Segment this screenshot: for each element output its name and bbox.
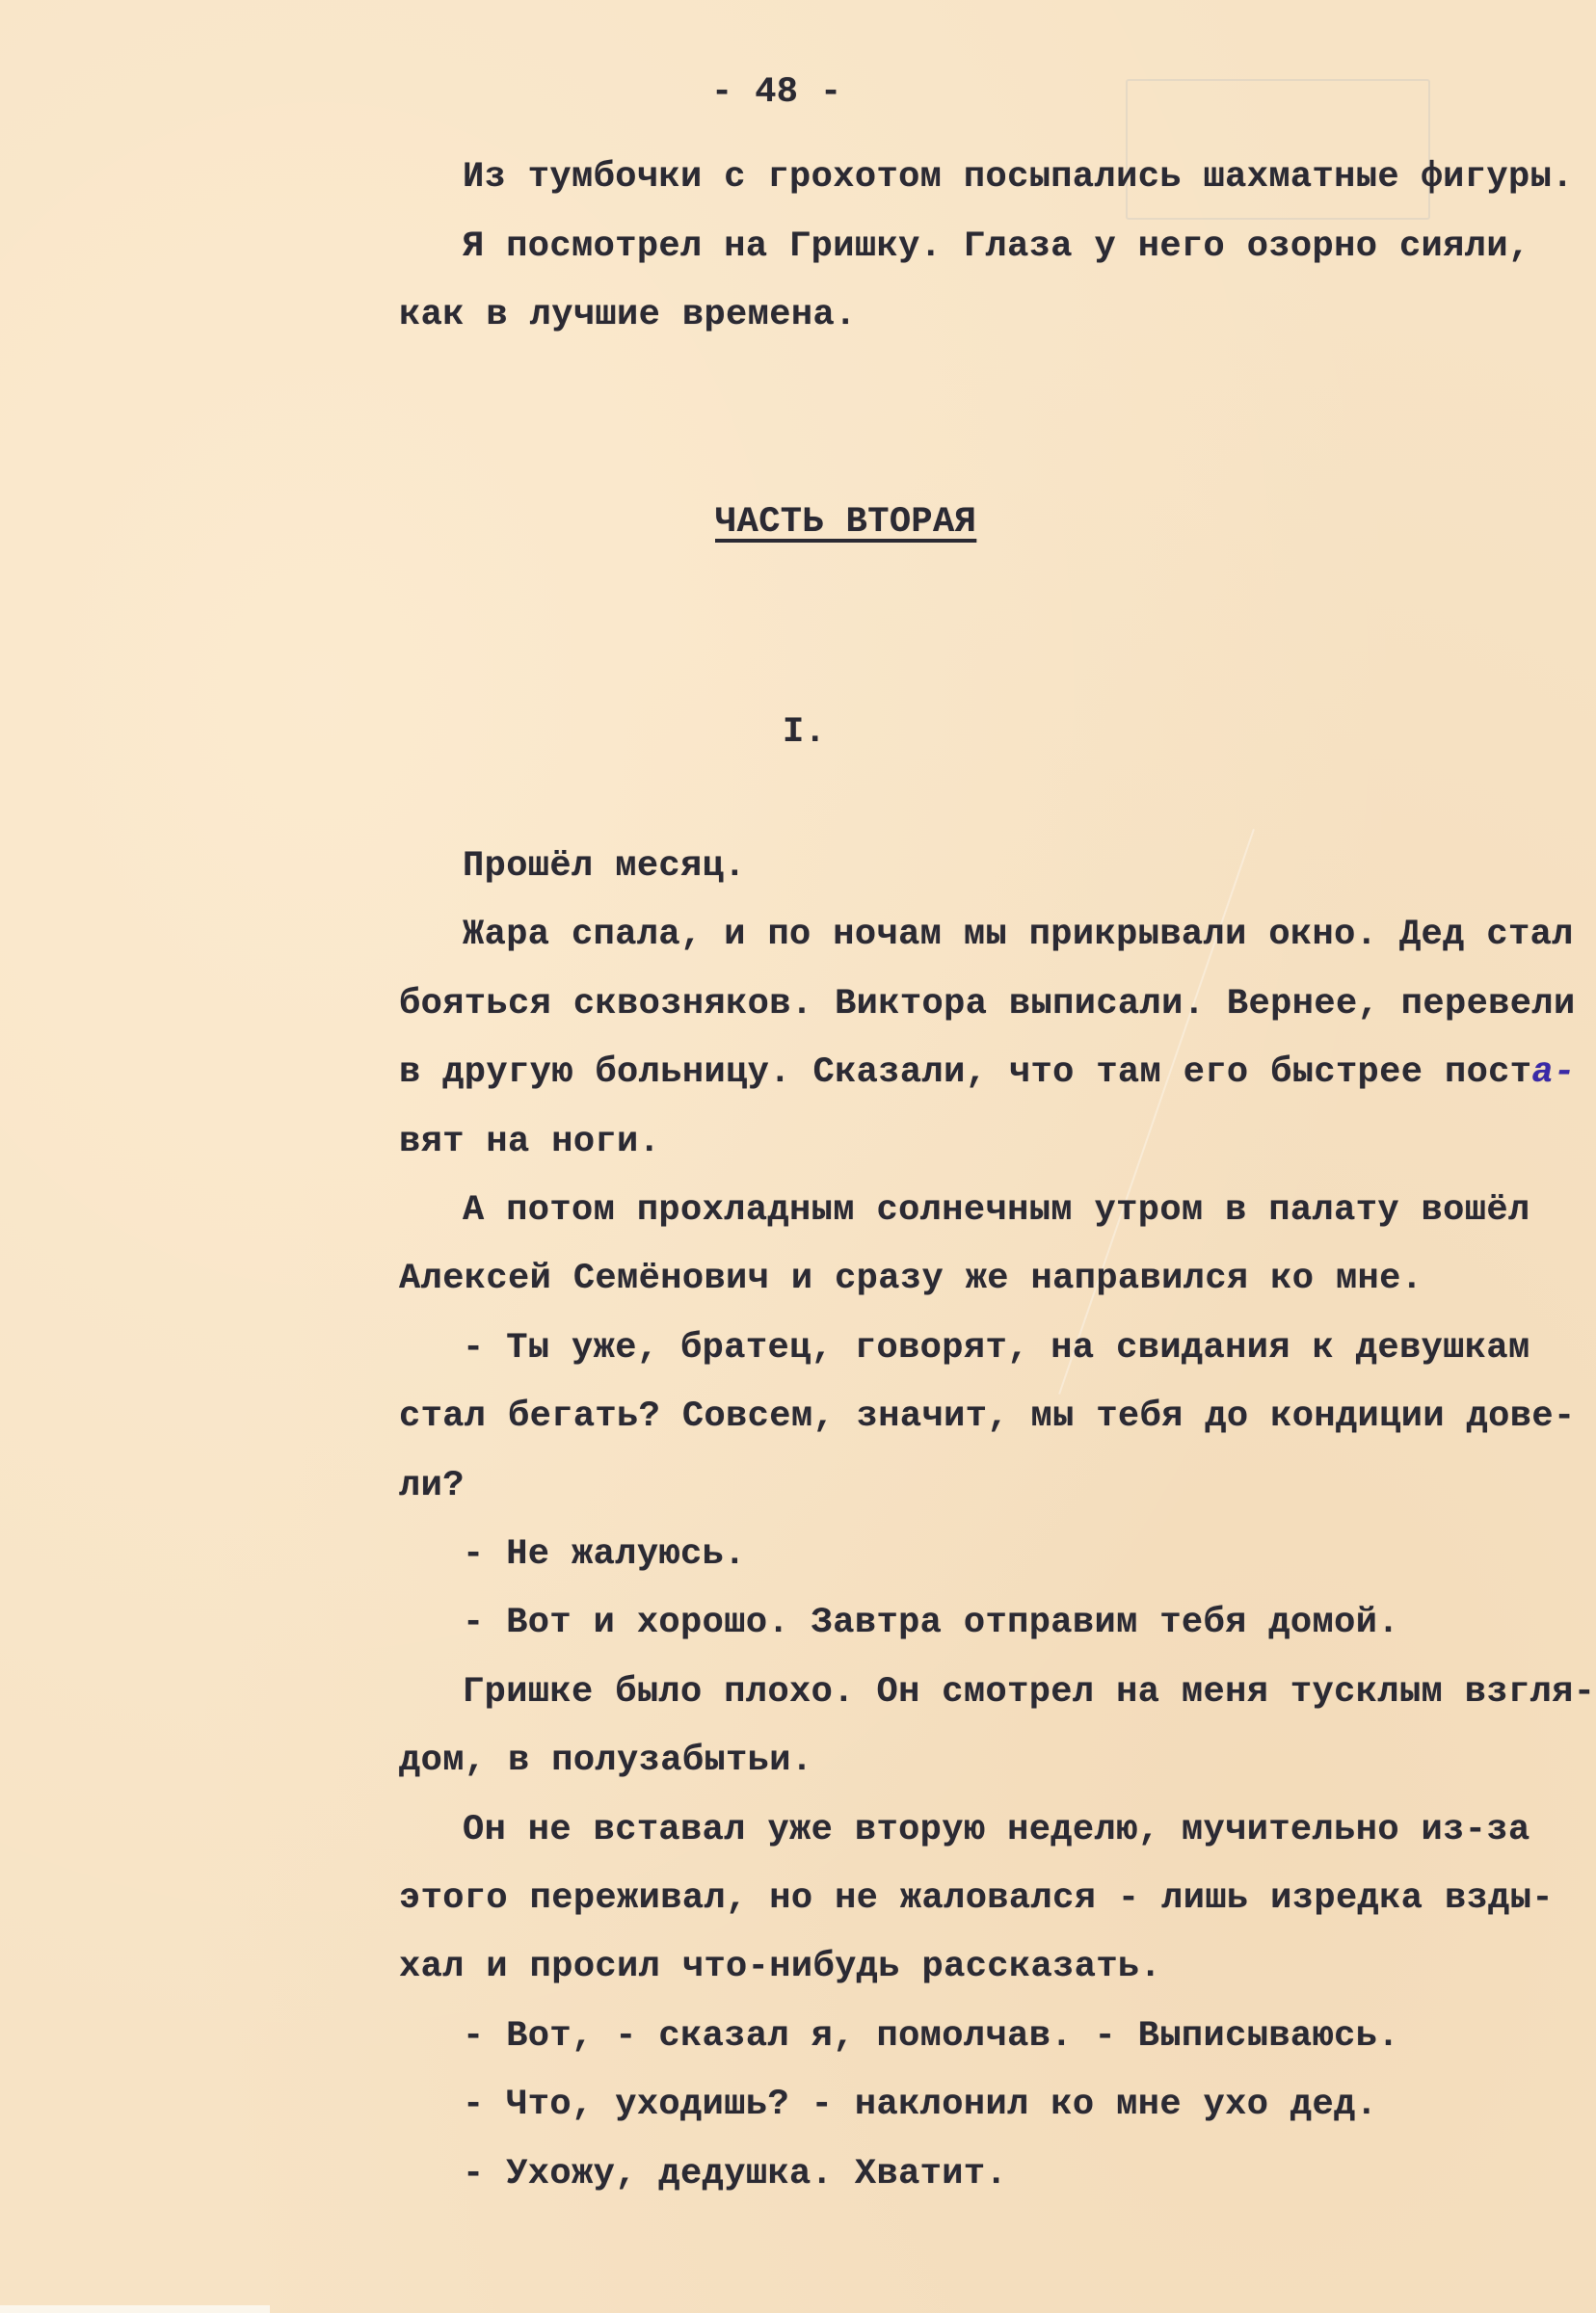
line-text: хал и просил что-нибудь рассказать. bbox=[399, 1947, 1161, 1987]
line-text: Алексей Семёнович и сразу же направился … bbox=[399, 1259, 1423, 1299]
text-line: бояться сквозняков. Виктора выписали. Ве… bbox=[399, 983, 1576, 1025]
text-line: Жара спала, и по ночам мы прикрывали окн… bbox=[463, 914, 1574, 956]
typewritten-page: - 48 - Из тумбочки с грохотом посыпались… bbox=[0, 0, 1596, 2313]
text-line: - Не жалуюсь. bbox=[463, 1533, 746, 1576]
line-text: в другую больницу. Сказали, что там его … bbox=[399, 1052, 1531, 1093]
line-text: ли? bbox=[399, 1466, 465, 1506]
line-text: Он не вставал уже вторую неделю, мучител… bbox=[463, 1810, 1530, 1850]
text-line: Он не вставал уже вторую неделю, мучител… bbox=[463, 1809, 1530, 1851]
line-text: - Вот, - сказал я, помолчав. - Выписываю… bbox=[463, 2016, 1399, 2057]
text-line: в другую больницу. Сказали, что там его … bbox=[399, 1051, 1576, 1094]
line-text: Прошёл месяц. bbox=[463, 846, 746, 887]
line-text: - Ты уже, братец, говорят, на свидания к… bbox=[463, 1328, 1530, 1369]
part-heading: ЧАСТЬ ВТОРАЯ bbox=[715, 501, 976, 544]
line-text: этого переживал, но не жаловался - лишь … bbox=[399, 1878, 1554, 1919]
line-text: Из тумбочки с грохотом посыпались шахмат… bbox=[463, 157, 1574, 198]
line-text: - Ухожу, дедушка. Хватит. bbox=[463, 2154, 1007, 2194]
text-line: дом, в полузабытьи. bbox=[399, 1740, 812, 1782]
line-text: Жара спала, и по ночам мы прикрывали окн… bbox=[463, 915, 1574, 955]
line-text: бояться сквозняков. Виктора выписали. Ве… bbox=[399, 984, 1576, 1024]
line-text: Я посмотрел на Гришку. Глаза у него озор… bbox=[463, 226, 1530, 267]
text-line: А потом прохладным солнечным утром в пал… bbox=[463, 1189, 1530, 1232]
text-line: Прошёл месяц. bbox=[463, 845, 746, 888]
text-line: как в лучшие времена. bbox=[399, 294, 857, 336]
line-text: - Что, уходишь? - наклонил ко мне ухо де… bbox=[463, 2085, 1377, 2125]
text-line: хал и просил что-нибудь рассказать. bbox=[399, 1946, 1161, 1988]
text-line: Из тумбочки с грохотом посыпались шахмат… bbox=[463, 156, 1574, 199]
text-line: этого переживал, но не жаловался - лишь … bbox=[399, 1877, 1554, 1920]
faint-stamp-bleedthrough bbox=[1126, 79, 1430, 220]
text-line: - Вот, - сказал я, помолчав. - Выписываю… bbox=[463, 2015, 1399, 2058]
text-line: стал бегать? Совсем, значит, мы тебя до … bbox=[399, 1396, 1576, 1438]
line-text: Гришке было плохо. Он смотрел на меня ту… bbox=[463, 1672, 1595, 1713]
text-line: вят на ноги. bbox=[399, 1121, 660, 1163]
text-line: - Что, уходишь? - наклонил ко мне ухо де… bbox=[463, 2084, 1377, 2126]
chapter-number: I. bbox=[783, 711, 826, 754]
text-line: Алексей Семёнович и сразу же направился … bbox=[399, 1258, 1423, 1300]
text-line: ли? bbox=[399, 1465, 465, 1507]
page-bottom-edge bbox=[0, 2305, 270, 2313]
line-text: как в лучшие времена. bbox=[399, 295, 857, 335]
text-line: Гришке было плохо. Он смотрел на меня ту… bbox=[463, 1671, 1595, 1714]
line-text: - Не жалуюсь. bbox=[463, 1534, 746, 1575]
line-text: А потом прохладным солнечным утром в пал… bbox=[463, 1190, 1530, 1231]
text-line: - Вот и хорошо. Завтра отправим тебя дом… bbox=[463, 1602, 1399, 1644]
line-text: стал бегать? Совсем, значит, мы тебя до … bbox=[399, 1396, 1576, 1437]
handwritten-correction: а- bbox=[1531, 1052, 1575, 1093]
line-text: вят на ноги. bbox=[399, 1122, 660, 1162]
text-line: Я посмотрел на Гришку. Глаза у него озор… bbox=[463, 226, 1530, 268]
line-text: - Вот и хорошо. Завтра отправим тебя дом… bbox=[463, 1603, 1399, 1643]
text-line: - Ты уже, братец, говорят, на свидания к… bbox=[463, 1327, 1530, 1369]
text-line: - Ухожу, дедушка. Хватит. bbox=[463, 2153, 1007, 2195]
page-number: - 48 - bbox=[711, 71, 842, 114]
line-text: дом, в полузабытьи. bbox=[399, 1741, 812, 1781]
